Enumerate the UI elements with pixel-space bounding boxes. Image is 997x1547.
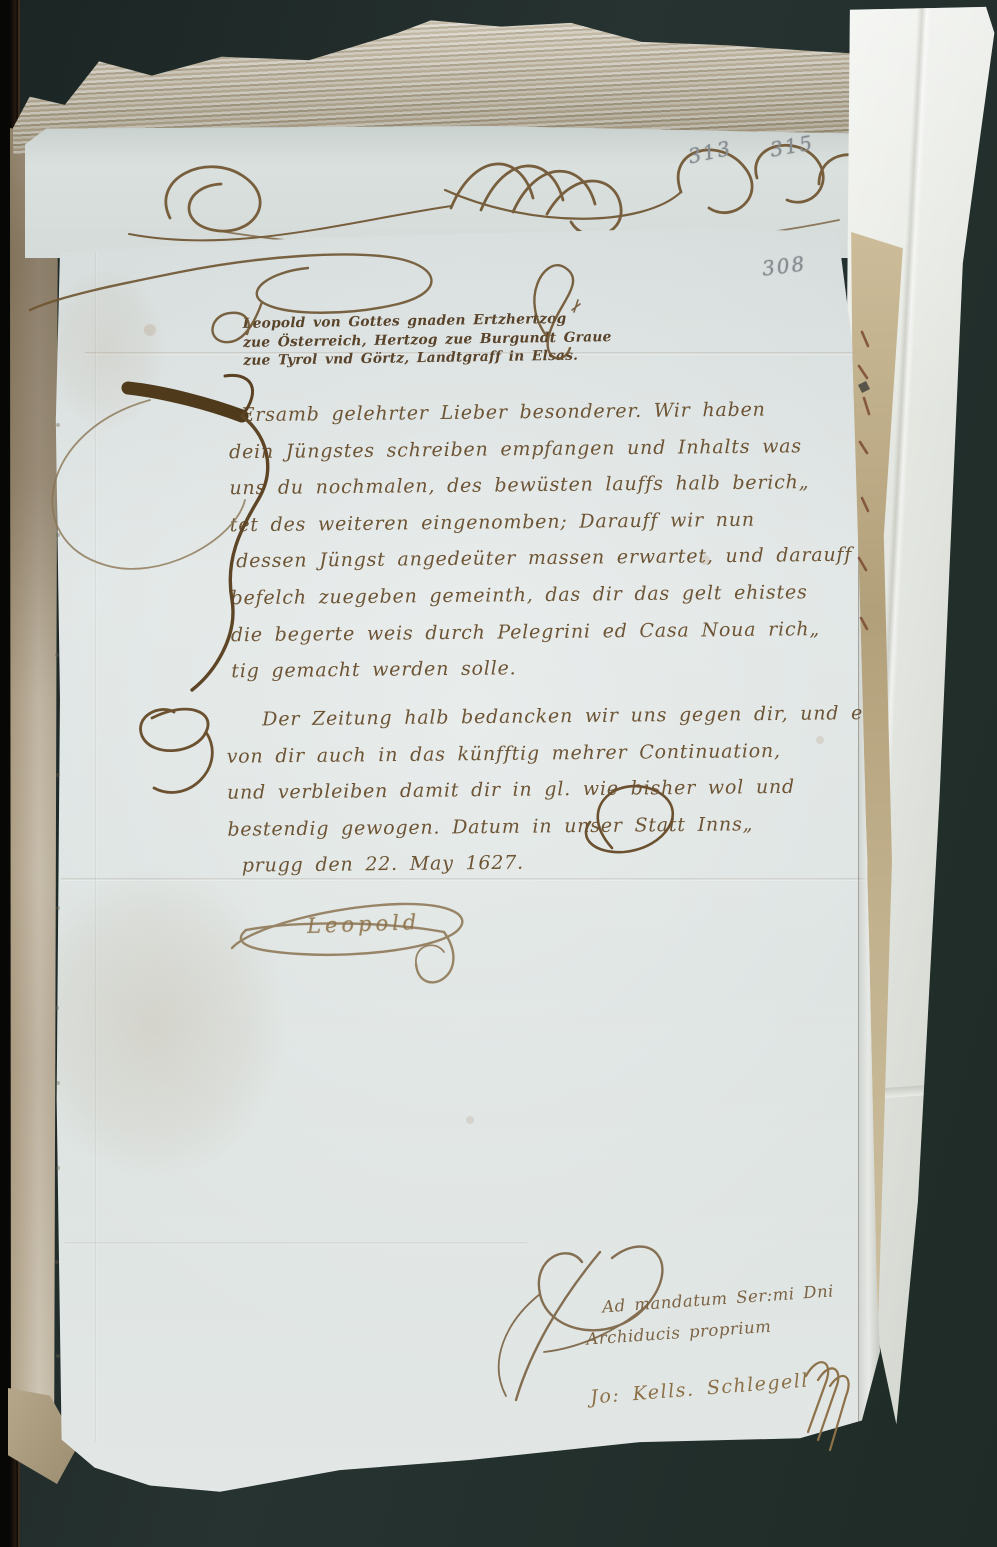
signature-leopold: Leopold [307, 910, 421, 938]
body-line: uns du nochmalen, des bewüsten lauffs ha… [229, 464, 851, 507]
letter-page: 308 Leopold von Gottes gnaden Ertzhertzo… [55, 228, 880, 1502]
body-line: tig gemacht werden solle. [231, 647, 853, 690]
subscription-block: Ad mandatum Ser:mi Dni Archiducis propri… [583, 1275, 837, 1354]
archive-photo-stage: 308 Leopold von Gottes gnaden Ertzhertzo… [0, 0, 997, 1547]
letter-paragraph-2: Der Zeitung halb bedancken wir uns gegen… [226, 694, 947, 884]
body-line: prugg den 22. May 1627. [242, 841, 948, 885]
body-line: befelch zuegeben gemeinth, das dir das g… [230, 574, 852, 617]
fold-crease-lower [65, 1242, 527, 1245]
left-margin-fold [95, 252, 97, 1442]
water-stain [25, 868, 285, 1178]
body-line: Ersamb gelehrter Lieber besonderer. Wir … [240, 391, 850, 434]
secretary-signature: Jo: Kells. Schlegell [589, 1369, 809, 1408]
folio-number-308: 308 [761, 251, 808, 280]
letter-heading: Leopold von Gottes gnaden Ertzhertzog zu… [243, 309, 612, 371]
small-stain [45, 268, 165, 428]
body-line: die begerte weis durch Pelegrini ed Casa… [231, 610, 853, 653]
body-line: Der Zeitung halb bedancken wir uns gegen… [262, 694, 946, 738]
left-underpage-edge [10, 128, 58, 1424]
letter-paragraph-1: Ersamb gelehrter Lieber besonderer. Wir … [228, 391, 853, 690]
